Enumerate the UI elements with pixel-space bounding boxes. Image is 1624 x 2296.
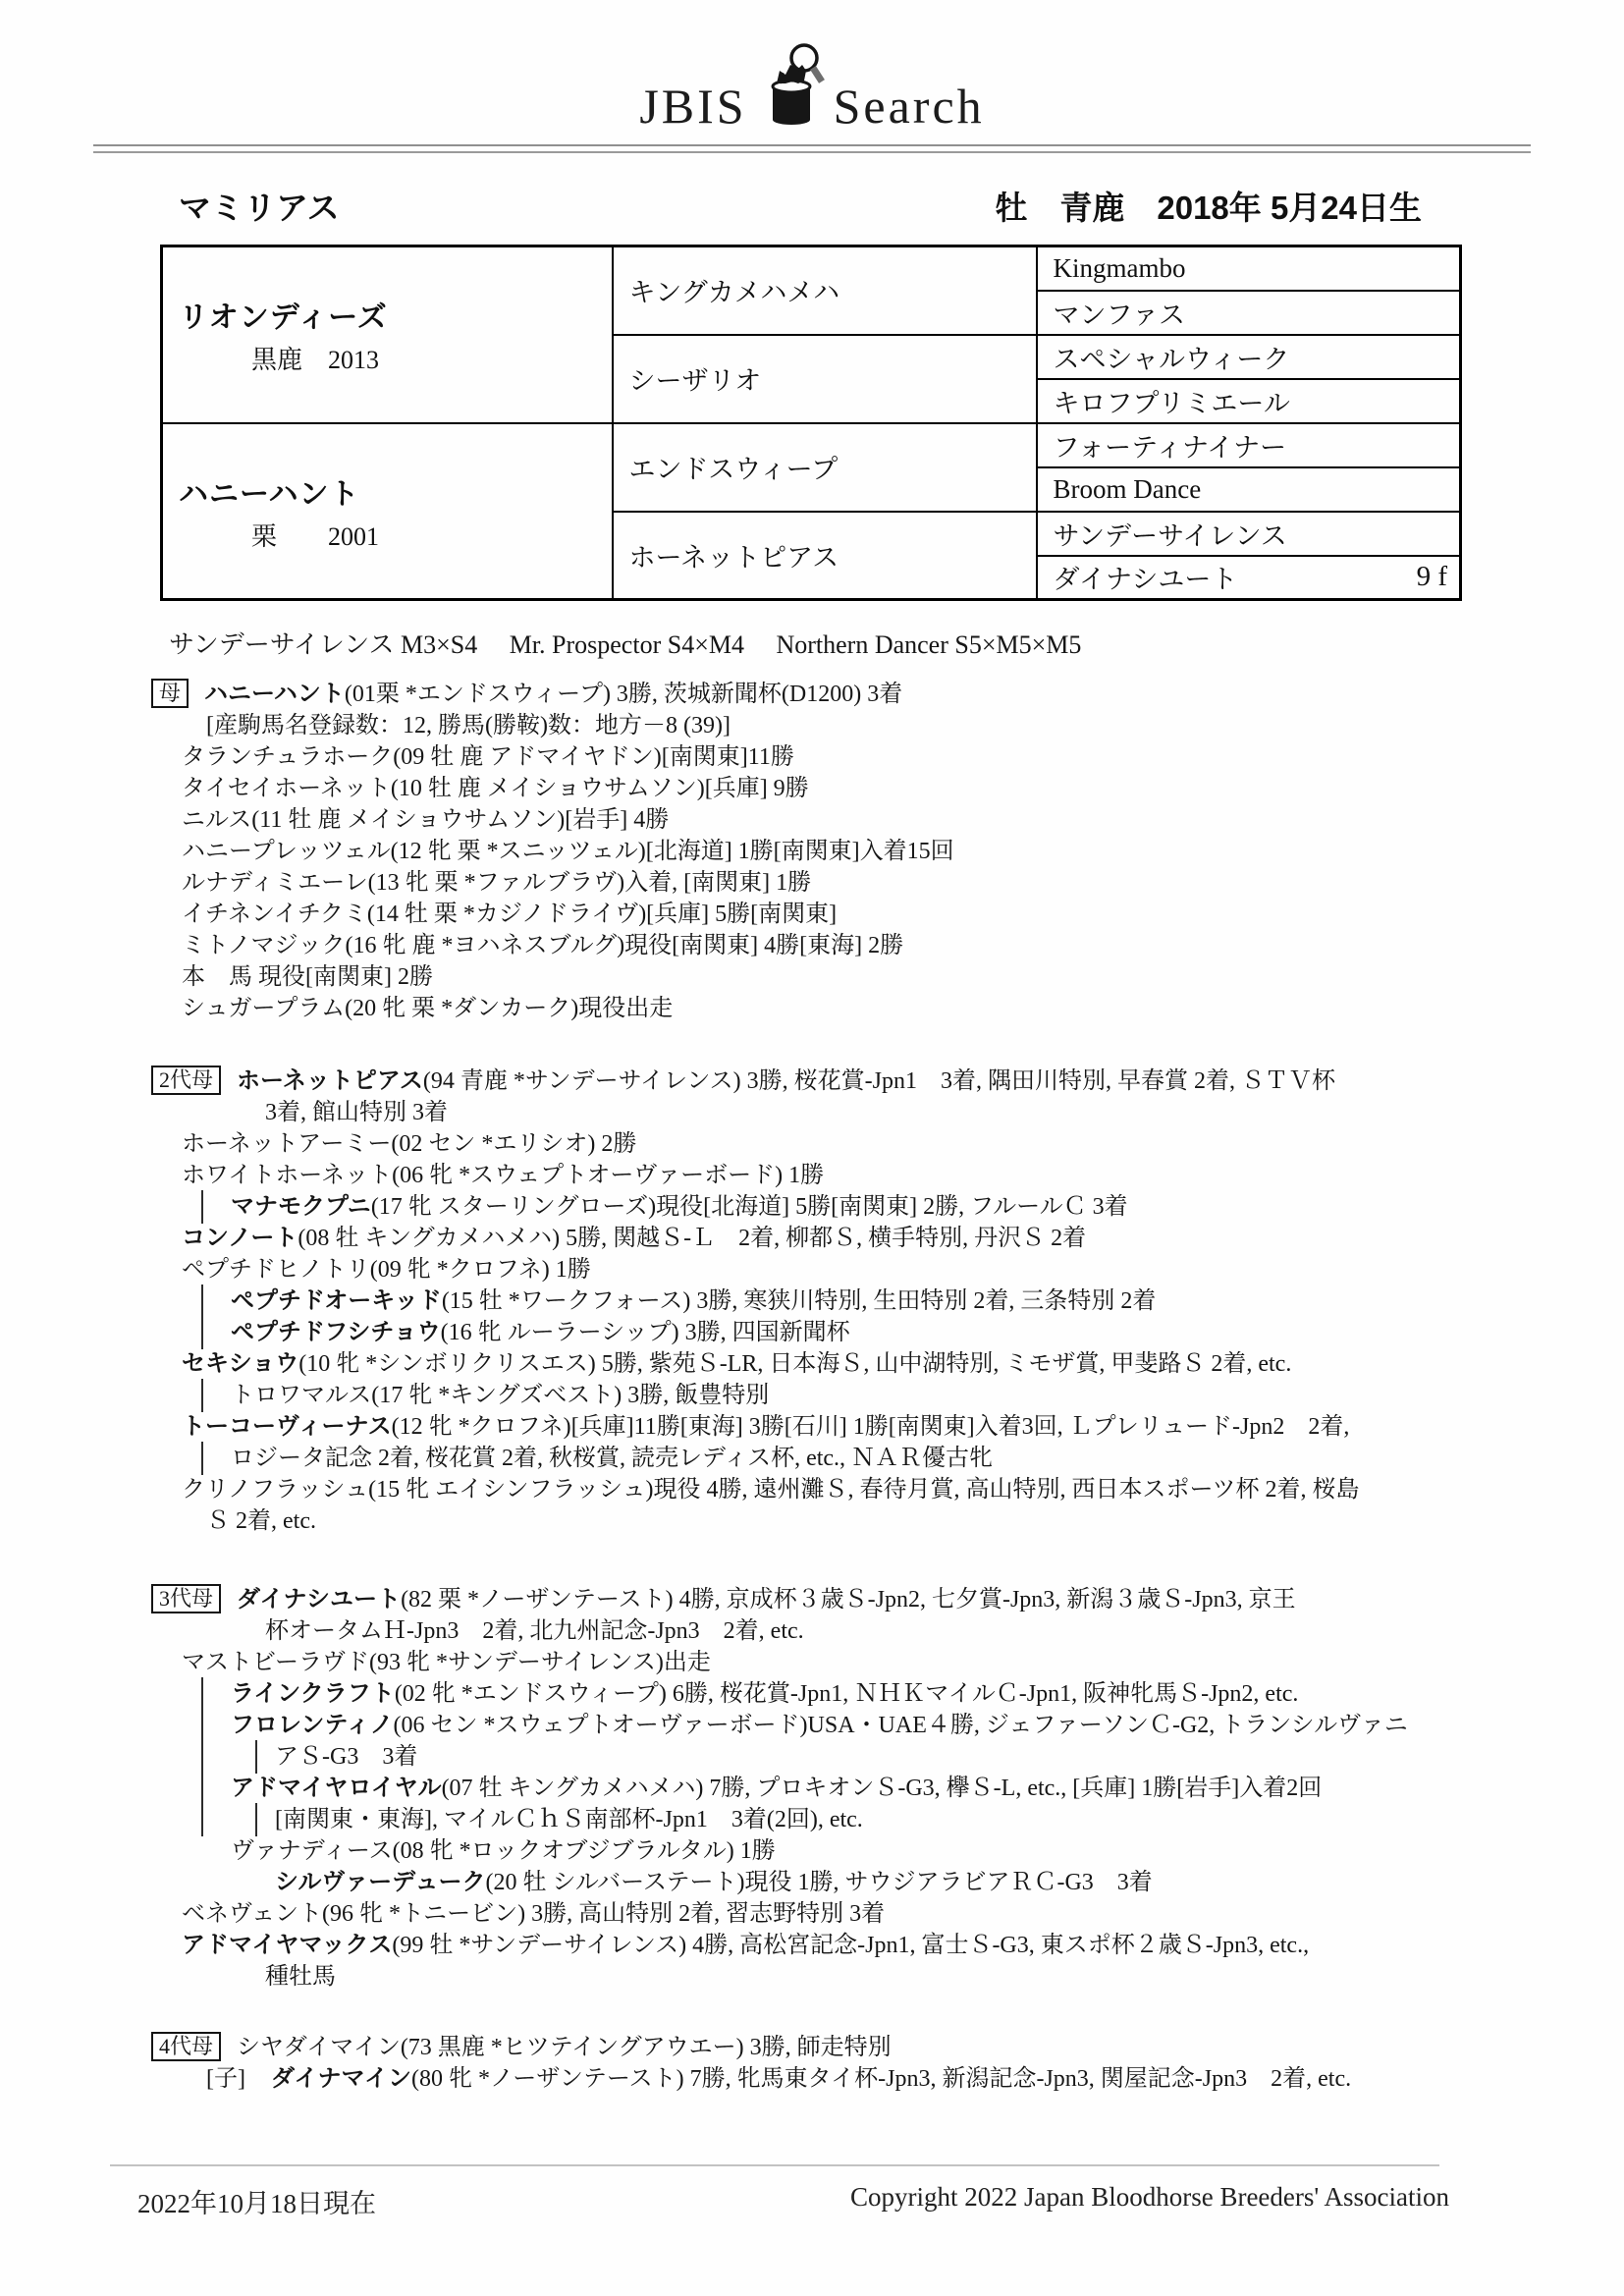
horse-record-text: ハニープレッツェル(12 牝 栗 *スニッツェル)[北海道] 1勝[南関東]入着… [182,839,954,864]
tree-connector-bar [201,1677,203,1711]
pedigree-line: 種牡馬 [147,1961,1624,1993]
copyright-text: Copyright 2022 Japan Bloodhorse Breeders… [850,2182,1449,2220]
horse-record-text: クリノフラッシュ(15 牝 エイシンフラッシュ)現役 4勝, 遠州灘Ｓ, 春待月… [182,1477,1360,1503]
pedigree-line: ハニープレッツェル(12 牝 栗 *スニッツェル)[北海道] 1勝[南関東]入着… [147,836,1624,867]
pedigree-line: トロワマルス(17 牝 *キングズベスト) 3勝, 飯豊特別 [147,1380,1624,1411]
sire-sire-cell: キングカメハメハ [613,246,1037,335]
pedigree-line: ペプチドフシチョウ(16 牝 ルーラーシップ) 3勝, 四国新聞杯 [147,1317,1624,1348]
horse-record-text: (15 牡 *ワークフォース) 3勝, 寒狭川特別, 生田特別 2着, 三条特別… [442,1288,1157,1314]
pedigree-line: ルナディミエーレ(13 牝 栗 *ファルブラヴ)入着, [南関東] 1勝 [147,867,1624,899]
pedigree-line: ホワイトホーネット(06 牝 *スウェプトオーヴァーボード) 1勝 [147,1160,1624,1191]
pedigree-line: フロレンティノ(06 セン *スウェプトオーヴァーボード)USA・UAE４勝, … [147,1710,1624,1741]
pedigree-line: ロジータ記念 2着, 桜花賞 2着, 秋桜賞, 読売レディス杯, etc., Ｎ… [147,1443,1624,1474]
horse-record-text: (06 セン *スウェプトオーヴァーボード)USA・UAE４勝, ジェファーソン… [393,1713,1407,1738]
horse-record-text: ニルス(11 牡 鹿 メイショウサムソン)[岩手] 4勝 [182,807,669,833]
family-number: 9 f [1417,561,1447,593]
generation-label: 2代母 [151,1066,221,1095]
pedigree-line: タイセイホーネット(10 牡 鹿 メイショウサムソン)[兵庫] 9勝 [147,773,1624,804]
pedigree-line: ラインクラフト(02 牝 *エンドスウィープ) 6勝, 桜花賞-Jpn1, ＮＨ… [147,1678,1624,1710]
horse-magnifier-icon [753,41,828,133]
footer: 2022年10月18日現在 Copyright 2022 Japan Blood… [137,2182,1449,2220]
inbreeding-line: サンデーサイレンス M3×S4 Mr. Prospector S4×M4 Nor… [169,625,1624,661]
logo-text-search: Search [834,82,985,131]
sire-name: リオンディーズ [179,293,612,336]
ggparent-cell: マンファス [1037,291,1461,335]
horse-record-text: ミトノマジック(16 牝 鹿 *ヨハネスブルグ)現役[南関東] 4勝[東海] 2… [182,933,903,958]
pedigree-line: シュガープラム(20 牝 栗 *ダンカーク)現役出走 [147,993,1624,1024]
ggparent-cell: Kingmambo [1037,246,1461,291]
sire-dam-cell: シーザリオ [613,335,1037,423]
horse-record-text: (10 牝 *シンボリクリスエス) 5勝, 紫苑Ｓ-LR, 日本海Ｓ, 山中湖特… [298,1351,1291,1377]
footer-rule [110,2164,1439,2166]
sire-cell: リオンディーズ 黒鹿 2013 [162,246,613,423]
horse-record-text: (17 牝 スターリングローズ)現役[北海道] 5勝[南関東] 2勝, フルール… [371,1194,1128,1220]
horse-name-bold: トーコーヴィーナス [182,1413,392,1440]
dam-line-sections: 母ハニーハント(01栗 *エンドスウィープ) 3勝, 茨城新聞杯(D1200) … [147,679,1624,2095]
pedigree-line: イチネンイチクミ(14 牡 栗 *カジノドライヴ)[兵庫] 5勝[南関東] [147,899,1624,930]
tree-connector-bar [201,1190,203,1224]
pedigree-line: 杯オータムＨ-Jpn3 2着, 北九州記念-Jpn3 2着, etc. [147,1615,1624,1647]
title-row: マミリアス 牡 青鹿 2018年 5月24日生 [179,183,1422,229]
horse-record-text: 杯オータムＨ-Jpn3 2着, 北九州記念-Jpn3 2着, etc. [265,1618,804,1644]
horse-record-text: (82 栗 *ノーザンテースト) 4勝, 京成杯３歳Ｓ-Jpn2, 七夕賞-Jp… [401,1587,1296,1613]
horse-name-title: マミリアス [179,183,340,229]
horse-record-text: トロワマルス(17 牝 *キングズベスト) 3勝, 飯豊特別 [231,1383,769,1408]
pedigree-section-4代母: 4代母シヤダイマイン(73 黒鹿 *ヒツテイングアウエー) 3勝, 師走特別[子… [147,2032,1624,2095]
jbis-logo: JBIS Search [0,0,1624,131]
tree-connector-bar [255,1740,257,1774]
pedigree-table: リオンディーズ 黒鹿 2013 キングカメハメハ Kingmambo マンファス… [160,245,1462,601]
horse-record-text: Ｓ 2着, etc. [206,1508,316,1534]
horse-record-text: (12 牝 *クロフネ)[兵庫]11勝[東海] 3勝[石川] 1勝[南関東]入着… [392,1414,1350,1440]
horse-record-text: シヤダイマイン(73 黒鹿 *ヒツテイングアウエー) 3勝, 師走特別 [237,2035,892,2060]
horse-sex-color-birth: 牡 青鹿 2018年 5月24日生 [995,183,1422,229]
pedigree-line: [産駒馬名登録数：12, 勝馬(勝鞍)数：地方－8 (39)] [147,710,1624,741]
pedigree-section-母: 母ハニーハント(01栗 *エンドスウィープ) 3勝, 茨城新聞杯(D1200) … [147,679,1624,1024]
horse-name-bold: セキショウ [182,1350,298,1377]
tree-connector-bar [201,1772,203,1805]
dam-sire-cell: エンドスウィープ [613,423,1037,512]
pedigree-section-3代母: 3代母ダイナシユート(82 栗 *ノーザンテースト) 4勝, 京成杯３歳Ｓ-Jp… [147,1584,1624,1993]
ggparent-cell: キロフプリミエール [1037,379,1461,423]
pedigree-line: アドマイヤロイヤル(07 牡 キングカメハメハ) 7勝, プロキオンＳ-G3, … [147,1773,1624,1804]
pedigree-line: 3着, 館山特別 3着 [147,1097,1624,1128]
pedigree-line: シルヴァーデューク(20 牡 シルバーステート)現役 1勝, サウジアラビアＲＣ… [147,1867,1624,1898]
tree-connector-bar [255,1803,257,1836]
horse-record-text: ロジータ記念 2着, 桜花賞 2着, 秋桜賞, 読売レディス杯, etc., Ｎ… [231,1446,993,1471]
horse-name-bold: ダイナマイン [271,2065,411,2092]
horse-record-text: [南関東・東海], マイルＣｈＳ南部杯-Jpn1 3着(2回), etc. [275,1807,863,1832]
pedigree-line: セキショウ(10 牝 *シンボリクリスエス) 5勝, 紫苑Ｓ-LR, 日本海Ｓ,… [147,1348,1624,1380]
pedigree-line: 母ハニーハント(01栗 *エンドスウィープ) 3勝, 茨城新聞杯(D1200) … [147,679,1624,710]
horse-name-bold: ペプチドオーキッド [231,1287,442,1314]
dam-cell: ハニーハント 栗 2001 [162,423,613,600]
tree-connector-bar [201,1285,203,1318]
ggparent-name: ダイナシユート [1054,558,1238,596]
horse-record-text: (02 牝 *エンドスウィープ) 6勝, 桜花賞-Jpn1, ＮＨＫマイルＣ-J… [395,1681,1299,1707]
generation-label: 母 [151,679,189,708]
as-of-date: 2022年10月18日現在 [137,2182,376,2220]
horse-record-text: タイセイホーネット(10 牡 鹿 メイショウサムソン)[兵庫] 9勝 [182,776,809,801]
logo-text-jbis: JBIS [639,82,746,131]
pedigree-line: 本 馬 現役[南関東] 2勝 [147,961,1624,993]
ggparent-cell: スペシャルウィーク [1037,335,1461,379]
pedigree-line: ベネヴェント(96 牝 *トニービン) 3勝, 高山特別 2着, 習志野特別 3… [147,1898,1624,1930]
horse-record-text: 種牡馬 [265,1964,336,1990]
header-rule [93,144,1531,153]
pedigree-line: マストビーラヴド(93 牝 *サンデーサイレンス)出走 [147,1647,1624,1678]
tree-connector-bar [201,1442,203,1475]
pedigree-line: ニルス(11 牡 鹿 メイショウサムソン)[岩手] 4勝 [147,804,1624,836]
pedigree-line: ペプチドヒノトリ(09 牝 *クロフネ) 1勝 [147,1254,1624,1285]
pedigree-line: 4代母シヤダイマイン(73 黒鹿 *ヒツテイングアウエー) 3勝, 師走特別 [147,2032,1624,2063]
tree-connector-bar [201,1379,203,1412]
horse-name-bold: シルヴァーデューク [275,1869,485,1895]
pedigree-line: マナモクプニ(17 牝 スターリングローズ)現役[北海道] 5勝[南関東] 2勝… [147,1191,1624,1223]
horse-record-text: マストビーラヴド(93 牝 *サンデーサイレンス)出走 [182,1650,711,1675]
horse-record-text: (20 牡 シルバーステート)現役 1勝, サウジアラビアＲＣ-G3 3着 [485,1870,1152,1895]
horse-record-text: アＳ-G3 3着 [275,1744,417,1770]
horse-name-bold: マナモクプニ [231,1193,371,1220]
horse-name-bold: ハニーハント [204,681,345,707]
horse-record-text: ホワイトホーネット(06 牝 *スウェプトオーヴァーボード) 1勝 [182,1163,824,1188]
horse-record-text: ヴァナディース(08 牝 *ロックオブジブラルタル) 1勝 [231,1838,776,1864]
pedigree-line: [南関東・東海], マイルＣｈＳ南部杯-Jpn1 3着(2回), etc. [147,1804,1624,1835]
horse-record-text: ベネヴェント(96 牝 *トニービン) 3勝, 高山特別 2着, 習志野特別 3… [182,1901,885,1927]
horse-name-bold: ラインクラフト [231,1680,395,1707]
pedigree-line: タランチュラホーク(09 牡 鹿 アドマイヤドン)[南関東]11勝 [147,741,1624,773]
pedigree-line: トーコーヴィーナス(12 牝 *クロフネ)[兵庫]11勝[東海] 3勝[石川] … [147,1411,1624,1443]
tree-connector-bar [201,1803,203,1836]
horse-record-text: 3着, 館山特別 3着 [265,1100,448,1125]
dam-detail: 栗 2001 [179,517,612,553]
generation-label: 4代母 [151,2032,221,2061]
generation-label: 3代母 [151,1584,221,1613]
horse-record-text: ルナディミエーレ(13 牝 栗 *ファルブラヴ)入着, [南関東] 1勝 [182,870,811,896]
horse-record-text: (08 牡 キングカメハメハ) 5勝, 関越Ｓ-Ｌ 2着, 柳都Ｓ, 横手特別,… [298,1226,1086,1251]
pedigree-report-page: JBIS Search マミリアス 牡 青鹿 2018年 5月24日生 リオンデ… [0,0,1624,2296]
horse-record-text: (80 牝 *ノーザンテースト) 7勝, 牝馬東タイ杯-Jpn3, 新潟記念-J… [411,2066,1351,2092]
horse-record-text: イチネンイチクミ(14 牡 栗 *カジノドライヴ)[兵庫] 5勝[南関東] [182,902,837,927]
pedigree-line: アＳ-G3 3着 [147,1741,1624,1773]
horse-record-text: タランチュラホーク(09 牡 鹿 アドマイヤドン)[南関東]11勝 [182,744,794,770]
horse-name-bold: フロレンティノ [231,1712,393,1738]
pedigree-section-2代母: 2代母ホーネットピアス(94 青鹿 *サンデーサイレンス) 3勝, 桜花賞-Jp… [147,1066,1624,1537]
pedigree-line: ホーネットアーミー(02 セン *エリシオ) 2勝 [147,1128,1624,1160]
horse-name-bold: アドマイヤロイヤル [231,1775,442,1801]
ggparent-cell: フォーティナイナー [1037,423,1461,467]
horse-record-text: ペプチドヒノトリ(09 牝 *クロフネ) 1勝 [182,1257,591,1283]
horse-record-text: (07 牡 キングカメハメハ) 7勝, プロキオンＳ-G3, 欅Ｓ-L, etc… [442,1776,1323,1801]
horse-record-text: [産駒馬名登録数：12, 勝馬(勝鞍)数：地方－8 (39)] [206,713,731,738]
horse-name-bold: ペプチドフシチョウ [231,1319,441,1345]
pedigree-line: 3代母ダイナシユート(82 栗 *ノーザンテースト) 4勝, 京成杯３歳Ｓ-Jp… [147,1584,1624,1615]
horse-record-text: (16 牝 ルーラーシップ) 3勝, 四国新聞杯 [441,1320,850,1345]
pedigree-line: 2代母ホーネットピアス(94 青鹿 *サンデーサイレンス) 3勝, 桜花賞-Jp… [147,1066,1624,1097]
horse-record-text: (94 青鹿 *サンデーサイレンス) 3勝, 桜花賞-Jpn1 3着, 隅田川特… [423,1068,1335,1094]
horse-record-text: シュガープラム(20 牝 栗 *ダンカーク)現役出走 [182,996,673,1021]
ggparent-cell: ダイナシユート 9 f [1037,556,1461,600]
pedigree-line: アドマイヤマックス(99 牡 *サンデーサイレンス) 4勝, 高松宮記念-Jpn… [147,1930,1624,1961]
horse-name-bold: ホーネットピアス [237,1067,423,1094]
dam-dam-cell: ホーネットピアス [613,512,1037,600]
ggparent-cell: Broom Dance [1037,467,1461,512]
tree-connector-bar [201,1740,203,1774]
horse-name-bold: コンノート [182,1225,298,1251]
child-bracket-label: [子] [206,2066,245,2092]
pedigree-line: コンノート(08 牡 キングカメハメハ) 5勝, 関越Ｓ-Ｌ 2着, 柳都Ｓ, … [147,1223,1624,1254]
pedigree-line: [子]ダイナマイン(80 牝 *ノーザンテースト) 7勝, 牝馬東タイ杯-Jpn… [147,2063,1624,2095]
pedigree-line: Ｓ 2着, etc. [147,1505,1624,1537]
tree-connector-bar [201,1316,203,1349]
horse-record-text: (01栗 *エンドスウィープ) 3勝, 茨城新聞杯(D1200) 3着 [345,682,902,707]
pedigree-line: ヴァナディース(08 牝 *ロックオブジブラルタル) 1勝 [147,1835,1624,1867]
horse-record-text: ホーネットアーミー(02 セン *エリシオ) 2勝 [182,1131,636,1157]
horse-record-text: (99 牡 *サンデーサイレンス) 4勝, 高松宮記念-Jpn1, 富士Ｓ-G3… [392,1933,1309,1958]
sire-detail: 黒鹿 2013 [179,340,612,376]
pedigree-line: ミトノマジック(16 牝 鹿 *ヨハネスブルグ)現役[南関東] 4勝[東海] 2… [147,930,1624,961]
pedigree-line: クリノフラッシュ(15 牝 エイシンフラッシュ)現役 4勝, 遠州灘Ｓ, 春待月… [147,1474,1624,1505]
horse-record-text: 本 馬 現役[南関東] 2勝 [182,964,433,990]
ggparent-cell: サンデーサイレンス [1037,512,1461,556]
dam-name: ハニーハント [179,469,612,513]
pedigree-line: ペプチドオーキッド(15 牡 *ワークフォース) 3勝, 寒狭川特別, 生田特別… [147,1285,1624,1317]
horse-name-bold: ダイナシユート [237,1586,401,1613]
tree-connector-bar [201,1709,203,1742]
horse-name-bold: アドマイヤマックス [182,1932,392,1958]
